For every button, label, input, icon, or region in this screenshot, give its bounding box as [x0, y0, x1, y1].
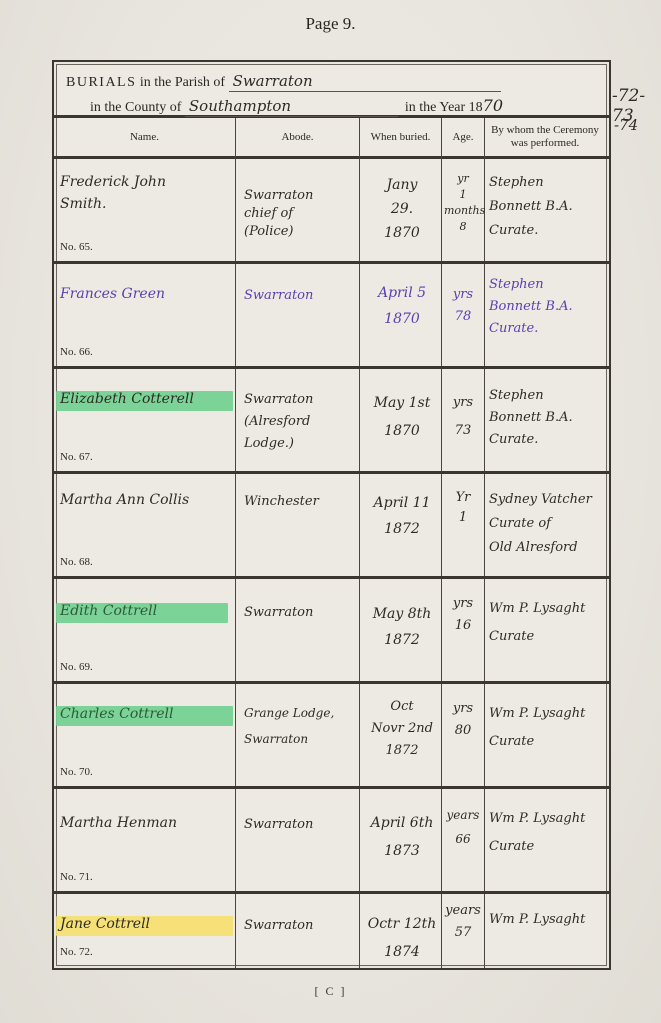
entry-age: yr 1 months 8 [444, 171, 482, 235]
entry-when-buried: May 1st 1870 [366, 389, 438, 445]
county-line: in the County of Southampton in the Year… [90, 96, 503, 117]
signature-mark: [ C ] [0, 984, 661, 999]
column-header-abode: Abode. [236, 118, 359, 156]
register-entry-67: Elizabeth Cotterell No. 67. Swarraton (A… [54, 369, 609, 474]
entry-age: yrs 80 [444, 698, 482, 742]
entry-officiant: Wm P. Lysaght [489, 910, 585, 930]
entry-officiant: Stephen Bonnett B.A. Curate. [489, 171, 573, 243]
entry-officiant: Stephen Bonnett B.A. Curate. [489, 274, 573, 340]
year-prefix: in the Year 18 [405, 100, 483, 115]
entry-abode: Swarraton [244, 916, 313, 936]
parish-prefix: in the Parish of [140, 75, 225, 90]
entry-age: years 66 [444, 803, 482, 851]
entry-age: yrs 16 [444, 593, 482, 637]
register-header: BURIALS in the Parish of Swarraton in th… [54, 62, 609, 118]
entry-officiant: Wm P. Lysaght Curate [489, 700, 585, 756]
burials-label: BURIALS [66, 75, 136, 90]
year-value: 70 [483, 96, 503, 115]
entry-abode: Grange Lodge, Swarraton [244, 700, 334, 752]
register-entry-70: Charles Cottrell No. 70. Grange Lodge, S… [54, 684, 609, 789]
entry-when-buried: April 6th 1873 [366, 809, 438, 865]
entry-when-buried: April 11 1872 [366, 490, 438, 542]
entry-when-buried: Octr 12th 1874 [366, 910, 438, 966]
entry-officiant: Wm P. Lysaght Curate [489, 805, 585, 861]
entry-number: No. 68. [60, 556, 93, 568]
register-entry-71: Martha Henman No. 71. Swarraton April 6t… [54, 789, 609, 894]
column-header-officiant: By whom the Ceremony was performed. [485, 118, 605, 156]
entry-abode: Winchester [244, 492, 319, 512]
entry-number: No. 67. [60, 451, 93, 463]
register-entry-68: Martha Ann Collis No. 68. Winchester Apr… [54, 474, 609, 579]
column-headers: Name. Abode. When buried. Age. By whom t… [54, 118, 609, 159]
burial-register-table: BURIALS in the Parish of Swarraton in th… [52, 60, 611, 970]
entry-number: No. 71. [60, 871, 93, 883]
county-value: Southampton [189, 97, 291, 115]
entry-age: years 57 [444, 900, 482, 944]
entry-officiant: Wm P. Lysaght Curate [489, 595, 585, 651]
entry-when-buried: Jany 29. 1870 [366, 173, 438, 245]
entry-number: No. 65. [60, 241, 93, 253]
register-entry-69: Edith Cottrell No. 69. Swarraton May 8th… [54, 579, 609, 684]
entry-abode: Swarraton [244, 286, 313, 306]
entry-age: yrs 73 [444, 389, 482, 445]
parish-value: Swarraton [233, 72, 313, 90]
column-header-when-buried: When buried. [360, 118, 441, 156]
entry-name: Frederick John Smith. [60, 171, 166, 215]
margin-note-years-2: -74 [614, 116, 638, 134]
register-entry-66: Frances Green No. 66. Swarraton April 5 … [54, 264, 609, 369]
entry-officiant: Stephen Bonnett B.A. Curate. [489, 385, 573, 451]
entry-number: No. 66. [60, 346, 93, 358]
entry-name: Elizabeth Cotterell [60, 391, 194, 407]
entry-when-buried: Oct Novr 2nd 1872 [366, 696, 438, 762]
entry-number: No. 69. [60, 661, 93, 673]
register-entry-72: Jane Cottrell No. 72. Swarraton Octr 12t… [54, 894, 609, 966]
entry-abode: Swarraton [244, 603, 313, 623]
entry-name: Jane Cottrell [60, 916, 150, 932]
entry-when-buried: May 8th 1872 [366, 601, 438, 653]
page-title: Page 9. [0, 14, 661, 34]
entry-abode: Swarraton chief of (Police) [244, 187, 313, 241]
entry-name: Edith Cottrell [60, 603, 157, 619]
entry-age: Yr 1 [444, 488, 482, 528]
entry-when-buried: April 5 1870 [366, 280, 438, 332]
column-header-age: Age. [442, 118, 484, 156]
entry-number: No. 70. [60, 766, 93, 778]
register-entry-65: Frederick John Smith. No. 65. Swarraton … [54, 159, 609, 264]
entry-name: Frances Green [60, 286, 165, 302]
column-header-name: Name. [54, 118, 235, 156]
entry-officiant: Sydney Vatcher Curate of Old Alresford [489, 488, 592, 560]
county-prefix: in the County of [90, 100, 181, 115]
entry-abode: Swarraton (Alresford Lodge.) [244, 389, 313, 455]
entry-name: Charles Cottrell [60, 706, 174, 722]
entry-age: yrs 78 [444, 284, 482, 328]
parish-line: BURIALS in the Parish of Swarraton [66, 72, 501, 92]
entry-number: No. 72. [60, 946, 93, 958]
entry-name: Martha Henman [60, 815, 177, 831]
entry-name: Martha Ann Collis [60, 492, 189, 508]
entry-abode: Swarraton [244, 815, 313, 835]
